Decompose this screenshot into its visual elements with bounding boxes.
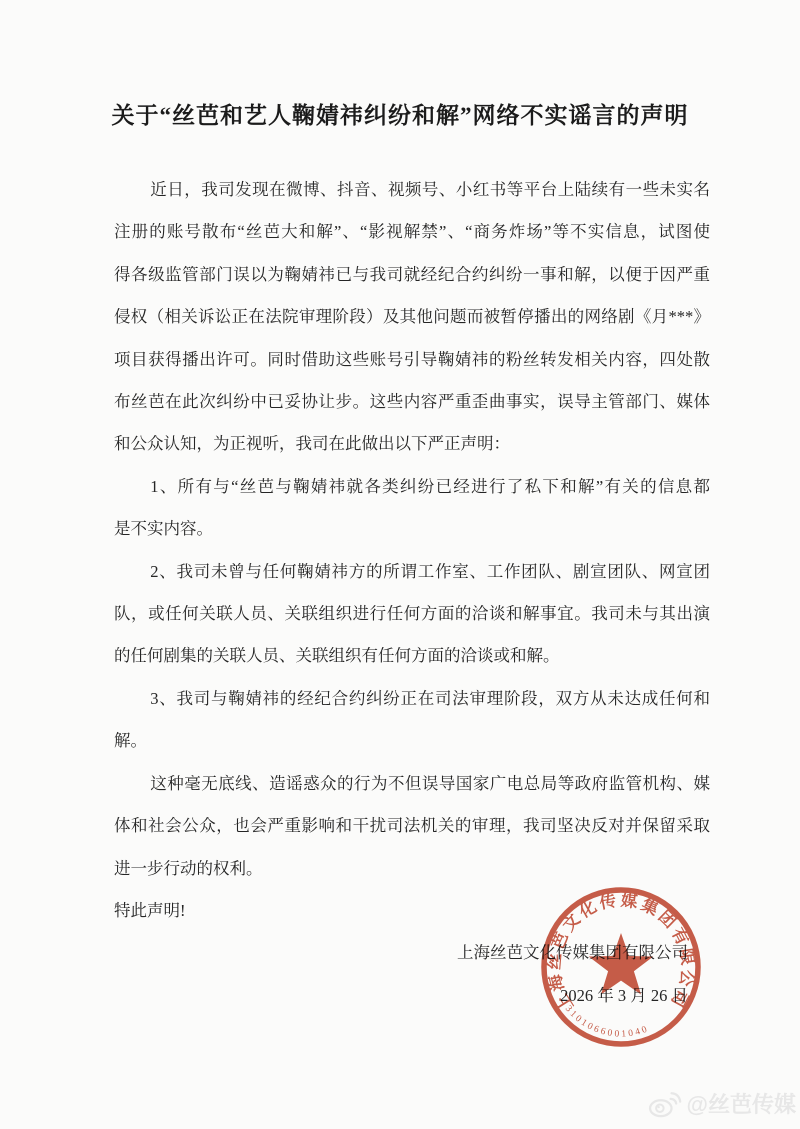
- statement-line: 这种毫无底线、造谣惑众的行为不但误导国家广电总局等政府监管机构、媒: [114, 763, 710, 805]
- watermark-handle: @丝芭传媒: [687, 1088, 796, 1119]
- document-content: 近日，我司发现在微博、抖音、视频号、小红书等平台上陆续有一些未实名注册的账号散布…: [114, 169, 710, 1017]
- weibo-watermark: @丝芭传媒: [648, 1088, 796, 1119]
- statement-line: 特此声明!: [114, 890, 710, 932]
- signature-block: 上海丝芭文化传媒集团有限公司 2026 年 3 月 26 日: [114, 932, 710, 1017]
- statement-line: 注册的账号散布“丝芭大和解”、“影视解禁”、“商务炸场”等不实信息，试图使: [114, 211, 710, 253]
- statement-line: 1、所有与“丝芭与鞠婧祎就各类纠纷已经进行了私下和解”有关的信息都: [114, 466, 710, 508]
- statement-line: 项目获得播出许可。同时借助这些账号引导鞠婧祎的粉丝转发相关内容，四处散: [114, 339, 710, 381]
- statement-line: 近日，我司发现在微博、抖音、视频号、小红书等平台上陆续有一些未实名: [114, 169, 710, 211]
- statement-line: 进一步行动的权利。: [114, 848, 710, 890]
- statement-line: 的任何剧集的关联人员、关联组织有任何方面的洽谈或和解。: [114, 635, 710, 677]
- statement-body: 近日，我司发现在微博、抖音、视频号、小红书等平台上陆续有一些未实名注册的账号散布…: [114, 169, 710, 932]
- statement-line: 3、我司与鞠婧祎的经纪合约纠纷正在司法审理阶段，双方从未达成任何和: [114, 678, 710, 720]
- statement-line: 布丝芭在此次纠纷中已妥协让步。这些内容严重歪曲事实，误导主管部门、媒体: [114, 381, 710, 423]
- signature-company: 上海丝芭文化传媒集团有限公司: [114, 932, 688, 974]
- weibo-icon: [648, 1090, 682, 1118]
- signature-date: 2026 年 3 月 26 日: [114, 975, 688, 1017]
- statement-line: 2、我司未曾与任何鞠婧祎方的所谓工作室、工作团队、剧宣团队、网宣团: [114, 551, 710, 593]
- document-title: 关于“丝芭和艺人鞠婧祎纠纷和解”网络不实谣言的声明: [0, 97, 800, 130]
- statement-line: 队，或任何关联人员、关联组织进行任何方面的洽谈和解事宜。我司未与其出演: [114, 593, 710, 635]
- statement-document: 关于“丝芭和艺人鞠婧祎纠纷和解”网络不实谣言的声明 近日，我司发现在微博、抖音、…: [0, 0, 800, 1129]
- statement-line: 解。: [114, 720, 710, 762]
- statement-line: 侵权（相关诉讼正在法院审理阶段）及其他问题而被暂停播出的网络剧《月***》: [114, 296, 710, 338]
- statement-line: 和公众认知，为正视听，我司在此做出以下严正声明：: [114, 423, 710, 465]
- statement-line: 是不实内容。: [114, 508, 710, 550]
- statement-line: 体和社会公众，也会严重影响和干扰司法机关的审理，我司坚决反对并保留采取: [114, 805, 710, 847]
- statement-line: 得各级监管部门误以为鞠婧祎已与我司就经纪合约纠纷一事和解，以便于因严重: [114, 254, 710, 296]
